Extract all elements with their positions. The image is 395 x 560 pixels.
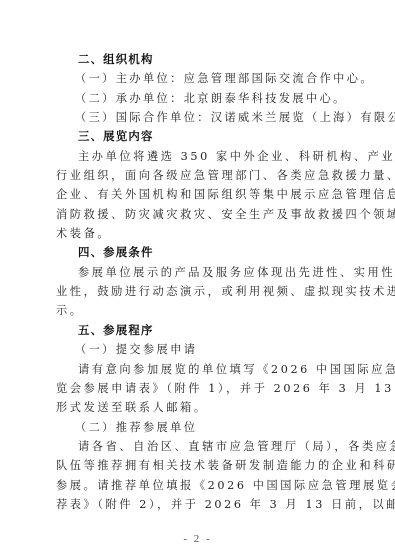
paragraph-line: 参展。请推荐单位填报《2026 中国国际应急管理展览会参展推 — [56, 476, 344, 495]
page-number: - 2 - — [0, 533, 395, 545]
paragraph-line: 消防救援、防灾减灾救灾、安全生产及事故救援四个领域的技 — [56, 205, 344, 224]
paragraph-line: 览会参展申请表》（附件 1），并于 2026 年 3 月 13 日前，以邮件 — [56, 379, 344, 398]
paragraph-line: 形式发送至联系人邮箱。 — [56, 398, 344, 417]
paragraph-line: 术装备。 — [56, 224, 344, 243]
section-heading-procedure: 五、参展程序 — [56, 321, 344, 340]
paragraph-line: 参展单位展示的产品及服务应体现出先进性、实用性、专 — [56, 263, 344, 282]
section-heading-organization: 二、组织机构 — [56, 50, 344, 69]
section-heading-conditions: 四、参展条件 — [56, 243, 344, 262]
international-partner-line: （三）国际合作单位：汉诺威米兰展览（上海）有限公司。 — [56, 108, 344, 127]
paragraph-line: 行业组织，面向各级应急管理部门、各类应急救援力量、各类 — [56, 166, 344, 185]
document-page: 二、组织机构 （一）主办单位：应急管理部国际交流合作中心。 （二）承办单位：北京… — [0, 0, 395, 560]
paragraph-line: 主办单位将遴选 350 家中外企业、科研机构、产业集聚地、 — [56, 147, 344, 166]
paragraph-line: 示。 — [56, 301, 344, 320]
paragraph-line: 荐表》（附件 2），并于 2026 年 3 月 13 日前，以邮件形式发送至 — [56, 495, 344, 514]
paragraph-line: 请各省、自治区、直辖市应急管理厅（局），各类应急救援 — [56, 437, 344, 456]
paragraph-line: 请有意向参加展览的单位填写《2026 中国国际应急管理展 — [56, 360, 344, 379]
organizer-line: （一）主办单位：应急管理部国际交流合作中心。 — [56, 69, 344, 88]
subheading-recommend-exhibitors: （二）推荐参展单位 — [56, 418, 344, 437]
paragraph-line: 企业、有关外国机构和国际组织等集中展示应急管理信息化、 — [56, 185, 344, 204]
paragraph-line: 业性，鼓励进行动态演示，或利用视频、虚拟现实技术进行展 — [56, 282, 344, 301]
section-heading-exhibition-content: 三、展览内容 — [56, 127, 344, 146]
document-body: 二、组织机构 （一）主办单位：应急管理部国际交流合作中心。 （二）承办单位：北京… — [56, 50, 344, 514]
subheading-submit-application: （一）提交参展申请 — [56, 340, 344, 359]
paragraph-line: 队伍等推荐拥有相关技术装备研发制造能力的企业和科研机构 — [56, 456, 344, 475]
co-organizer-line: （二）承办单位：北京朗泰华科技发展中心。 — [56, 89, 344, 108]
